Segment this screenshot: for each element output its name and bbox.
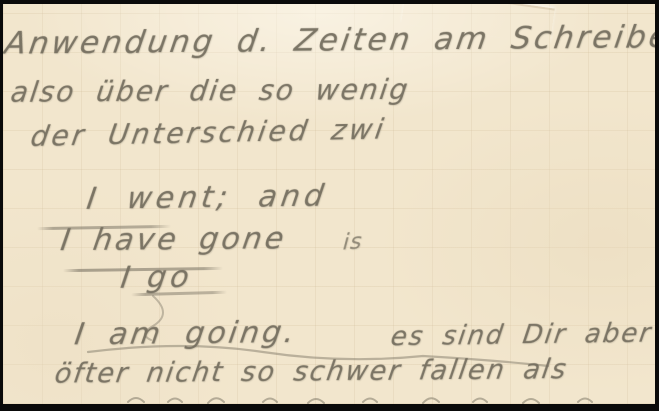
handwritten-line-7b: es sind Dir aber (389, 318, 654, 352)
note-paper: Anwendung d. Zeiten am Schreiben also üb… (3, 4, 655, 404)
handwritten-line-6: I go (119, 259, 196, 295)
handwritten-line-8: öfter nicht so schwer fallen als (53, 354, 570, 390)
handwritten-side-mark: is (342, 229, 363, 256)
handwritten-line-7a: I am going. (72, 315, 299, 352)
handwritten-line-5: I have gone (58, 221, 289, 258)
scanned-page-frame: Anwendung d. Zeiten am Schreiben also üb… (0, 0, 659, 411)
handwritten-line-4: I went; and (84, 178, 329, 216)
handwritten-line-3: der Unterschied zwi (28, 112, 388, 153)
handwritten-line-1: Anwendung d. Zeiten am Schreiben (3, 18, 655, 61)
handwritten-line-2: also über die so wenig (9, 73, 412, 109)
